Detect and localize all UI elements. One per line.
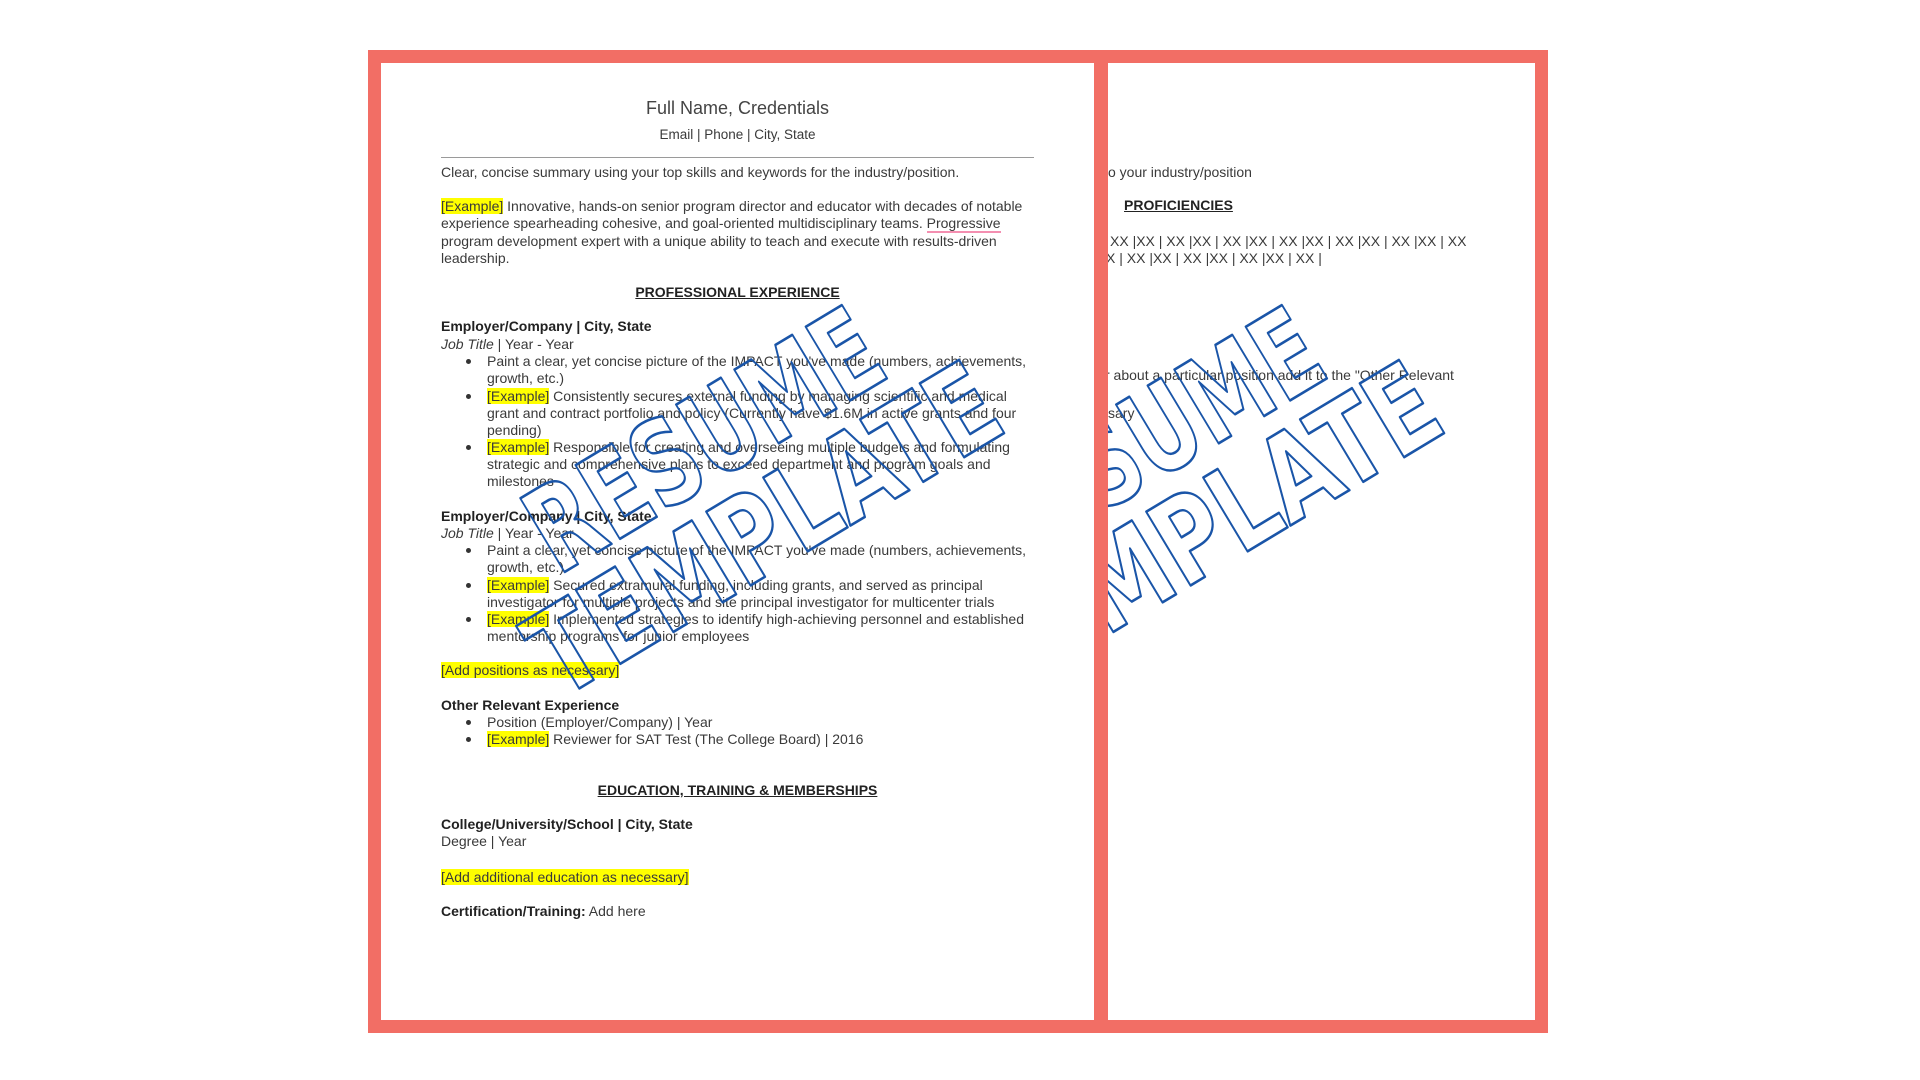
add-positions-note: [Add positions as necessary] — [441, 662, 619, 679]
example-tag: [Example] — [441, 198, 503, 214]
bullet-icon — [466, 445, 471, 450]
degree-line: Degree | Year — [441, 833, 526, 850]
bullet-line: [Example] Implemented strategies to iden… — [487, 611, 1024, 628]
summary-example-line: experience spearheading cohesive, and go… — [441, 215, 1001, 232]
job-title-line: Job Title | Year - Year — [441, 336, 574, 353]
certification-line: Certification/Training: Add here — [441, 903, 646, 920]
bullet-line: [Example] Responsible for creating and o… — [487, 439, 1010, 456]
bullet-line: Position (Employer/Company) | Year — [487, 714, 712, 731]
spellcheck-flagged-word[interactable]: Progressive — [927, 215, 1001, 233]
section-heading-proficiencies: PROFICIENCIES — [1124, 197, 1233, 214]
bullet-line: Paint a clear, yet concise picture of th… — [487, 353, 1026, 370]
summary-example-line: leadership. — [441, 250, 510, 267]
bullet-line: growth, etc.) — [487, 370, 564, 387]
add-education-note: [Add additional education as necessary] — [441, 869, 689, 886]
bullet-line: investigator for multiple projects and s… — [487, 594, 994, 611]
section-heading-experience: PROFESSIONAL EXPERIENCE — [381, 284, 1094, 301]
bullet-line: [Example] Secured extramural funding, in… — [487, 577, 983, 594]
partial-instruction-line: r about a particular position add it to … — [1105, 367, 1454, 384]
bullet-icon — [466, 583, 471, 588]
resume-page-1: Full Name, Credentials Email | Phone | C… — [368, 50, 1107, 1033]
job-title-line: Job Title | Year - Year — [441, 525, 574, 542]
summary-text: Clear, concise summary using your top sk… — [441, 164, 959, 181]
bullet-line: [Example] Reviewer for SAT Test (The Col… — [487, 731, 863, 748]
employer-heading: Employer/Company | City, State — [441, 508, 652, 525]
resume-page-2: o your industry/position PROFICIENCIES X… — [1095, 50, 1548, 1033]
partial-summary-line: o your industry/position — [1108, 164, 1252, 181]
bullet-icon — [466, 394, 471, 399]
bullet-icon — [466, 617, 471, 622]
bullet-icon — [466, 720, 471, 725]
partial-instruction-line: sary — [1108, 405, 1134, 422]
proficiency-line: X | XX |XX | XX |XX | XX |XX | XX | — [1106, 250, 1322, 267]
bullet-line: growth, etc.) — [487, 559, 564, 576]
bullet-icon — [466, 548, 471, 553]
bullet-line: mentorship programs for junior employees — [487, 628, 749, 645]
other-experience-heading: Other Relevant Experience — [441, 697, 619, 714]
bullet-line: strategic and comprehensive plans to exc… — [487, 456, 991, 473]
bullet-icon — [466, 359, 471, 364]
employer-heading: Employer/Company | City, State — [441, 318, 652, 335]
bullet-line: milestones — [487, 473, 554, 490]
proficiency-line: XX |XX | XX |XX | XX |XX | XX |XX | XX |… — [1110, 233, 1466, 250]
bullet-line: Paint a clear, yet concise picture of th… — [487, 542, 1026, 559]
header-divider — [441, 157, 1034, 158]
bullet-line: grant and contract portfolio and policy … — [487, 405, 1016, 422]
contact-line: Email | Phone | City, State — [381, 126, 1094, 143]
summary-example-line: program development expert with a unique… — [441, 233, 997, 250]
school-heading: College/University/School | City, State — [441, 816, 693, 833]
full-name: Full Name, Credentials — [381, 97, 1094, 119]
summary-example-line: [Example] Innovative, hands-on senior pr… — [441, 198, 1022, 215]
bullet-line: [Example] Consistently secures external … — [487, 388, 1007, 405]
section-heading-education: EDUCATION, TRAINING & MEMBERSHIPS — [381, 782, 1094, 799]
bullet-icon — [466, 737, 471, 742]
bullet-line: pending) — [487, 422, 542, 439]
